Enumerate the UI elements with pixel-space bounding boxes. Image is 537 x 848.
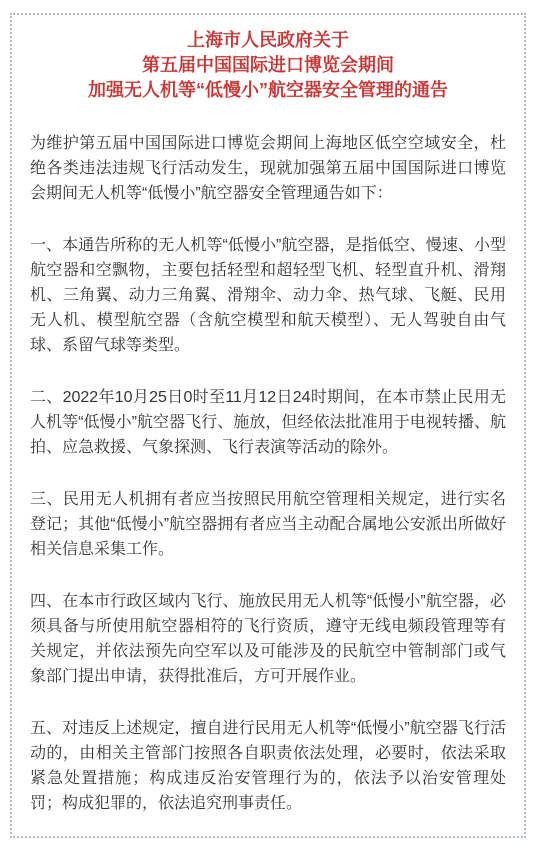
notice-title-line-2: 第五届中国国际进口博览会期间 — [30, 53, 506, 78]
notice-paragraph-item-4: 四、在本市行政区域内飞行、施放民用无人机等“低慢小”航空器，必须具备与所使用航空… — [30, 589, 506, 689]
notice-container: 上海市人民政府关于 第五届中国国际进口博览会期间 加强无人机等“低慢小”航空器安… — [10, 13, 526, 838]
notice-paragraph-item-2: 二、2022年10月25日0时至11月12日24时期间，在本市禁止民用无人机等“… — [30, 385, 506, 460]
notice-title-line-1: 上海市人民政府关于 — [30, 28, 506, 53]
notice-title: 上海市人民政府关于 第五届中国国际进口博览会期间 加强无人机等“低慢小”航空器安… — [30, 28, 506, 103]
notice-paragraph-item-5: 五、对违反上述规定，擅自进行民用无人机等“低慢小”航空器飞行活动的，由相关主管部… — [30, 716, 506, 816]
notice-paragraph-intro: 为维护第五届中国国际进口博览会期间上海地区低空空域安全，杜绝各类违法违规飞行活动… — [30, 131, 506, 206]
notice-paragraph-item-3: 三、民用无人机拥有者应当按照民用航空管理相关规定，进行实名登记；其他“低慢小”航… — [30, 487, 506, 562]
notice-title-line-3: 加强无人机等“低慢小”航空器安全管理的通告 — [30, 78, 506, 103]
notice-paragraph-item-1: 一、本通告所称的无人机等“低慢小”航空器，是指低空、慢速、小型航空器和空飘物，主… — [30, 233, 506, 358]
